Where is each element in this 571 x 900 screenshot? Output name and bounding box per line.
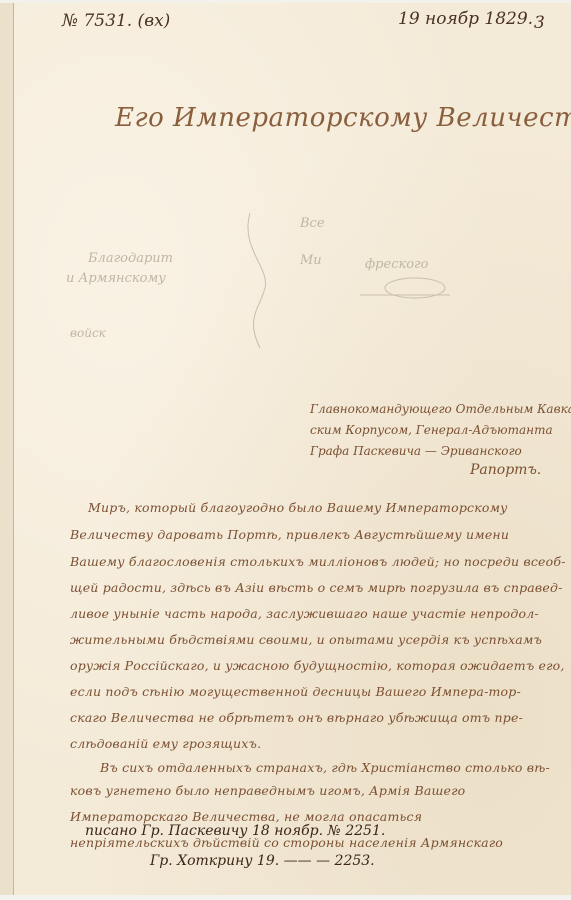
- manuscript-page: № 7531. (вх) 19 ноябр 1829. 3 Его Импера…: [0, 3, 571, 895]
- sender-line: Графа Паскевича — Эриванского: [310, 441, 571, 462]
- body-line: жительными бѣдствіями своими, и опытами …: [70, 632, 542, 647]
- body-line: ковъ угнетено было неправеднымъ игомъ, А…: [70, 783, 465, 798]
- body-line: ливое уныніе часть народа, заслужившаго …: [70, 606, 539, 621]
- report-title: Рапортъ.: [470, 462, 541, 478]
- pencil-note: фреского: [365, 257, 428, 272]
- pencil-bracket-mark: [240, 208, 320, 358]
- body-line: Императорскаго Величества, не могла опас…: [70, 809, 422, 824]
- body-line: Въ сихъ отдаленныхъ странахъ, гдѣ Христі…: [100, 760, 550, 775]
- body-line: если подъ сѣнію могущественной десницы В…: [70, 684, 521, 699]
- body-line: Вашему благословенія столькихъ милліонов…: [70, 554, 566, 569]
- footer-note: Гр. Хоткрину 19. —— — 2253.: [150, 853, 375, 869]
- body-line: оружія Россійскаго, и ужасною будущності…: [70, 658, 565, 673]
- reference-number: № 7531. (вх): [62, 11, 170, 31]
- pencil-oval-mark: [360, 273, 450, 303]
- body-line: щей радости, здѣсь въ Азіи вѣсть о семъ …: [70, 580, 563, 595]
- folio-number: 3: [534, 13, 545, 33]
- page-bottom-margin: [0, 895, 571, 900]
- sender-block: Главнокомандующего Отдельным Кавказ- ски…: [310, 399, 571, 462]
- address-heading: Его Императорскому Величеству: [115, 103, 571, 133]
- pencil-note: войск: [70, 326, 106, 340]
- body-line: Величеству даровать Портѣ, привлекъ Авгу…: [70, 527, 509, 542]
- footer-note: писано Гр. Паскевичу 18 ноябр. № 2251.: [85, 823, 385, 839]
- body-line: слѣдованій ему грозящихъ.: [70, 736, 261, 751]
- body-line: Миръ, который благоугодно было Вашему Им…: [88, 500, 508, 515]
- page-binding-edge: [0, 3, 14, 895]
- body-line: скаго Величества не обрѣтетъ онъ вѣрнаго…: [70, 710, 523, 725]
- document-date: 19 ноябр 1829.: [398, 9, 533, 29]
- pencil-note: Благодарит: [88, 251, 173, 266]
- pencil-note: и Армянскому: [66, 271, 166, 286]
- sender-line: Главнокомандующего Отдельным Кавказ-: [310, 399, 571, 420]
- sender-line: ским Корпусом, Генерал-Адъютанта: [310, 420, 571, 441]
